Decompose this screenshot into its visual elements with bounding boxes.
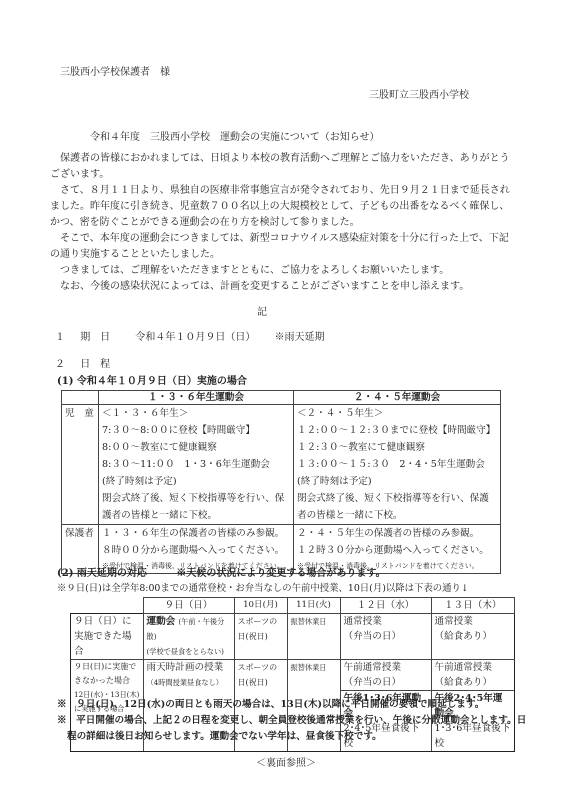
students-136-line: 8:３０～11:００ 1・3・6年生運動会 <box>102 456 290 473</box>
row1-label: ９日（日）に実施できた場合 <box>71 614 144 660</box>
row1-day9-main: 運動会 <box>147 616 176 627</box>
row1-day11: 振替休業日 <box>287 614 340 660</box>
row2-day12-line: （弁当の日） <box>344 677 402 688</box>
row2-day13-line: 午前通常授業 <box>435 662 493 673</box>
subsection-2-note: ※天候の状況により変更する場合があります。 <box>176 568 385 579</box>
paragraph-1: 保護者の皆様におかれましては、日頃より本校の教育活動へご理解とご協力をいただき、… <box>50 151 518 183</box>
students-136-line: 8:００～教室にて健康観察 <box>102 439 290 456</box>
footer-see-reverse: ＜裏面参照＞ <box>256 757 316 771</box>
table2-header-11: 11日(火) <box>287 598 340 614</box>
students-245-line: ＜２・４・５年生＞ <box>297 405 497 422</box>
table2-header-13: １３日（木） <box>431 598 515 614</box>
students-245-line: １２:００～１２:３０までに登校【時間厳守】 <box>297 422 497 439</box>
paragraph-3: そこで、本年度の運動会につきましては、新型コロナウイルス感染症対策を十分に行った… <box>50 231 518 263</box>
guardians-136-line: ８時００分から運動場へ入ってください。 <box>102 542 290 559</box>
section-1-label: 期 日 <box>80 332 110 343</box>
subsection-2-label: (2) 雨天延期の対応 <box>57 568 147 579</box>
row1-day12-line: （弁当の日） <box>344 631 402 642</box>
row2-day13-line: （給食あり） <box>435 677 493 688</box>
students-245-line: １３:００～１５:３０ 2・4・5年生運動会 <box>297 456 497 473</box>
schedule-table: １・３・６年生運動会 ２・４・５年運動会 児 童 ＜１・３・６年生＞ 7:３０～… <box>61 390 501 574</box>
subsection-2-detail: ※９日(日)は全学年8:00までの通常登校・お弁当なしの午前中授業、10日(月)… <box>57 582 469 596</box>
row1-day12: 通常授業 （弁当の日） <box>340 614 431 660</box>
section-1-number: １ <box>55 332 65 343</box>
note-1: ※ ９日(日)、12日(水)の両日とも雨天の場合は、13日(木)以降に平日開催の… <box>57 697 484 713</box>
row1-day10: スポーツの日(祝日) <box>234 614 287 660</box>
addressee: 三股西小学校保護者 様 <box>60 66 170 80</box>
students-245-line: 閉会式終了後、短く下校指導等を行い、保護者の皆様と一緒に下校。 <box>297 490 497 524</box>
section-1: １ 期 日 令和４年１０月９日（日） ※雨天延期 <box>55 331 325 345</box>
table1-header-136: １・３・６年生運動会 <box>99 391 294 405</box>
row1-day13-line: 通常授業 <box>435 616 473 627</box>
students-136-line: ＜１・３・６年生＞ <box>102 405 290 422</box>
table1-header-245: ２・４・５年運動会 <box>294 391 501 405</box>
table2-header-12: １２日（水） <box>340 598 431 614</box>
row1-day9: 運動会 (午前・午後分散) (学校で昼食をとらない) <box>143 614 234 660</box>
note-2: ※ 平日開催の場合、上記２の日程を変更し、朝全員登校後通常授業を行い、午後に分散… <box>57 713 532 745</box>
students-136-cell: ＜１・３・６年生＞ 7:３０～8:００に登校【時間厳守】 8:００～教室にて健康… <box>99 405 294 525</box>
section-2-number: ２ <box>55 359 65 370</box>
table2-corner <box>71 598 144 614</box>
row2-day9-line: （4時間授業昼食なし） <box>147 678 223 687</box>
row1-day13: 通常授業 （給食あり） <box>431 614 515 660</box>
row1-day13-line: （給食あり） <box>435 631 493 642</box>
guardians-136-line: １・３・６年生の保護者の皆様のみ参観。 <box>102 525 290 542</box>
row1-day9-sub: (学校で昼食をとらない) <box>147 647 224 656</box>
paragraph-2: さて、８月１１日より、県独自の医療非常事態宣言が発令されており、先日９月２１日ま… <box>50 183 518 231</box>
table1-corner <box>62 391 99 405</box>
section-2: ２ 日 程 <box>55 358 110 372</box>
section-1-note: ※雨天延期 <box>275 332 325 343</box>
students-245-cell: ＜２・４・５年生＞ １２:００～１２:３０までに登校【時間厳守】 １２:３０～教… <box>294 405 501 525</box>
ki-heading: 記 <box>257 306 267 320</box>
sender: 三股町立三股西小学校 <box>369 89 469 103</box>
row2-label-line: きなかった場合 <box>74 676 130 685</box>
row1-day12-line: 通常授業 <box>344 616 382 627</box>
row-label-students: 児 童 <box>62 405 99 525</box>
table2-header-9: ９日（日） <box>143 598 234 614</box>
section-1-date: 令和４年１０月９日（日） <box>135 332 255 343</box>
students-136-line: 7:３０～8:００に登校【時間厳守】 <box>102 422 290 439</box>
row2-day9-line: 雨天時計画の授業 <box>147 662 224 673</box>
students-136-line: 閉会式終了後、短く下校指導等を行い、保護者の皆様と一緒に下校。 <box>102 490 290 524</box>
students-245-line: (終了時刻は予定) <box>297 473 497 490</box>
page-title: 令和４年度 三股西小学校 運動会の実施について（お知らせ） <box>90 131 380 145</box>
guardians-245-line: ２・４・５年生の保護者の皆様のみ参観。 <box>297 525 497 542</box>
row2-day12-line: 午前通常授業 <box>344 662 402 673</box>
students-245-line: １２:３０～教室にて健康観察 <box>297 439 497 456</box>
row2-label-line: ９日(日)に実施で <box>74 662 136 671</box>
subsection-2-title: (2) 雨天延期の対応 ※天候の状況により変更する場合があります。 <box>57 567 386 581</box>
section-2-label: 日 程 <box>80 359 110 370</box>
students-136-line: (終了時刻は予定) <box>102 473 290 490</box>
table2-header-10: 10日(月) <box>234 598 287 614</box>
paragraph-5: なお、今後の感染状況によっては、計画を変更することがございますことを申し添えます… <box>50 279 518 295</box>
subsection-1-title: (1) 令和４年１０月９日（日）実施の場合 <box>57 375 247 389</box>
guardians-245-line: １２時３０分から運動場へ入ってください。 <box>297 542 497 559</box>
paragraph-4: つきましては、ご理解をいただきますとともに、ご協力をよろしくお願いいたします。 <box>50 263 518 279</box>
